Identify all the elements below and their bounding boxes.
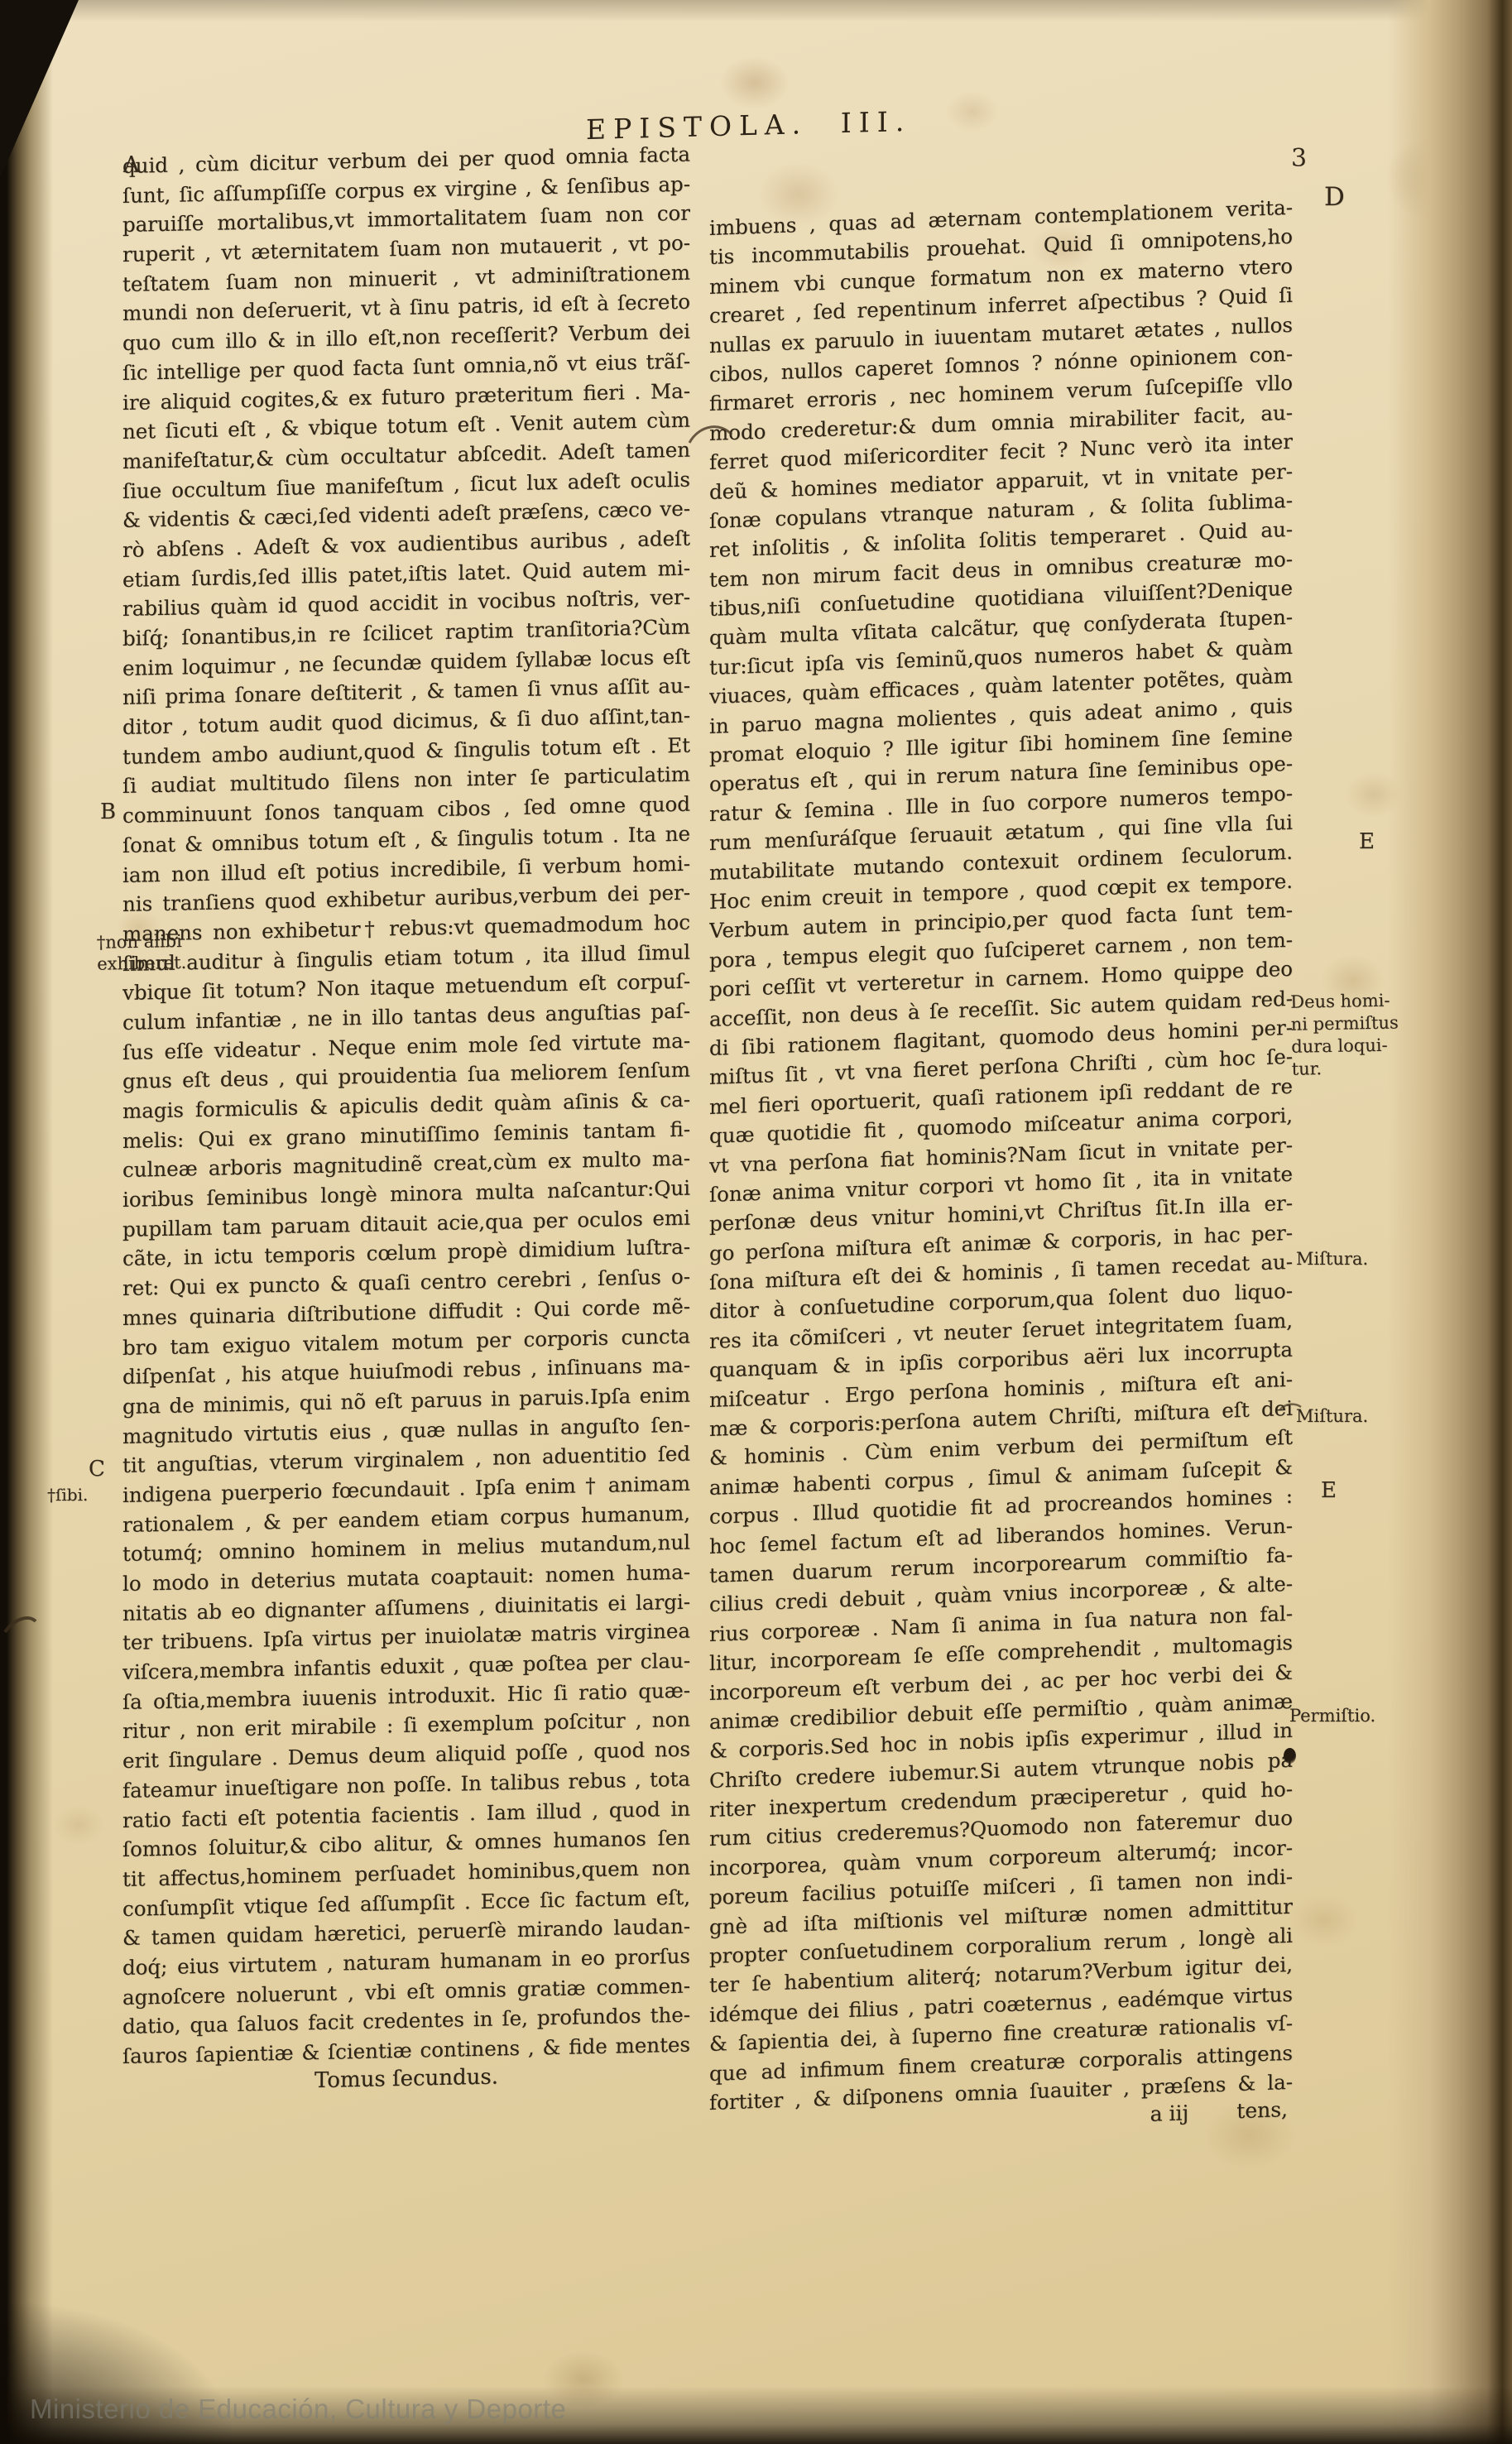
margin-note-deus-homini: Deus homi- ni permiſtus dura loqui- tur. [1290,988,1457,1080]
signature-line: a iij tens, [1150,2097,1288,2126]
section-letter-a: A [123,152,140,178]
running-title: EPISTOLA. III. [586,105,911,146]
folio-number: 3 [1291,144,1307,173]
section-letter-d: D [1324,182,1345,212]
catchword: tens, [1236,2097,1288,2123]
ink-blot [1284,1748,1296,1764]
margin-note-mistura-1: Miſtura. [1296,1248,1462,1270]
right-text-column: a iij tens, imbuens , quas ad æternam co… [709,193,1293,2118]
section-letter-b: B [100,799,116,824]
page-edge-right [1388,0,1512,2444]
signature-mark: a iij [1150,2101,1189,2126]
pen-flourish-icon [688,420,734,449]
section-letter-c: C [89,1457,105,1481]
pen-mark-right-icon [1278,1400,1303,1414]
book-page: EPISTOLA. III. 3 Tomus ſecundus. quid , … [0,0,1512,2444]
margin-note-mistura-2: Miſtura. [1296,1405,1462,1427]
binding-gutter [0,0,53,2444]
left-text-column: Tomus ſecundus. quid , cùm dicitur verbu… [122,140,690,2072]
pen-mark-left-icon [3,1612,38,1637]
section-letter-e1: E [1359,829,1375,854]
margin-note-permistio: Permiſtio. [1289,1705,1455,1726]
page-top-shadow [0,0,1512,22]
margin-note-non-alibi: †non alibi exhiberet. [97,929,263,974]
library-watermark: Ministerio de Educación, Cultura y Depor… [30,2394,566,2425]
section-letter-e2: E [1321,1478,1337,1503]
margin-note-sibi: †ſibi. [47,1484,213,1505]
